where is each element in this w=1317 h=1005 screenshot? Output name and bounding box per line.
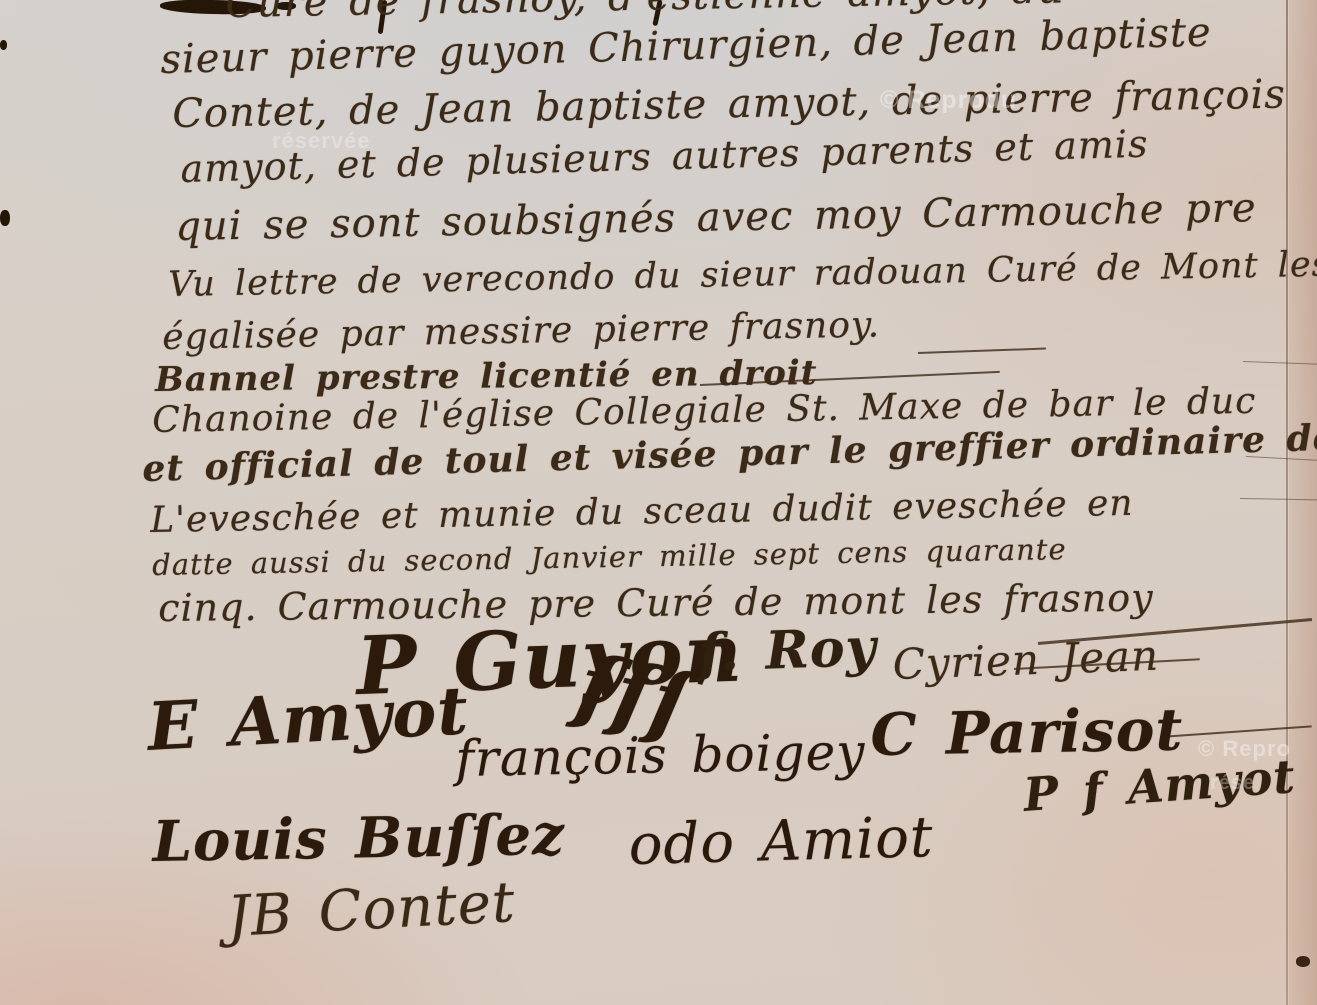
signature-cyrien-jean: Cyrien Jean bbox=[892, 635, 1160, 686]
crease-line bbox=[1240, 498, 1317, 500]
ink-dash-line bbox=[918, 348, 1046, 354]
signature-francois-boigey: françois boigey bbox=[455, 727, 866, 784]
signature-e-amyot: E Amyot bbox=[146, 677, 470, 760]
page-edge-strip bbox=[1289, 0, 1317, 1005]
watermark-reproduction: © Repro bbox=[1198, 736, 1291, 762]
watermark-reproduction: © Reprodu bbox=[880, 86, 1017, 115]
signature-f-roy: f. Roy bbox=[698, 622, 878, 680]
ink-blotch bbox=[0, 210, 10, 226]
fold-line bbox=[1286, 0, 1288, 1005]
ink-blotch bbox=[0, 40, 7, 50]
manuscript-line-6: Vu lettre de verecondo du sieur radouan … bbox=[168, 248, 1317, 303]
manuscript-line-11: L'eveschée et munie du sceau dudit evesc… bbox=[150, 486, 1134, 539]
watermark-reservee: rése bbox=[1210, 772, 1255, 795]
manuscript-line-12: datte aussi du second Janvier mille sept… bbox=[152, 535, 1067, 580]
ink-blotch bbox=[1296, 956, 1310, 967]
signature-louis-bussez: Louis Buſſez bbox=[152, 807, 565, 870]
signature-odo-amiot: odo Amiot bbox=[628, 810, 934, 874]
signature-jb-contet: JB Contet bbox=[226, 875, 517, 946]
signature-c-parisot: C Parisot bbox=[870, 701, 1184, 764]
watermark-reservee: réservée bbox=[272, 128, 371, 154]
manuscript-line-5: qui se sont soubsignés avec moy Carmouch… bbox=[175, 188, 1257, 247]
manuscript-page: Curé de frasnoy, d'estienne amyot, du si… bbox=[0, 0, 1317, 1005]
manuscript-line-7: égalisée par messire pierre frasnoy. bbox=[162, 307, 880, 356]
